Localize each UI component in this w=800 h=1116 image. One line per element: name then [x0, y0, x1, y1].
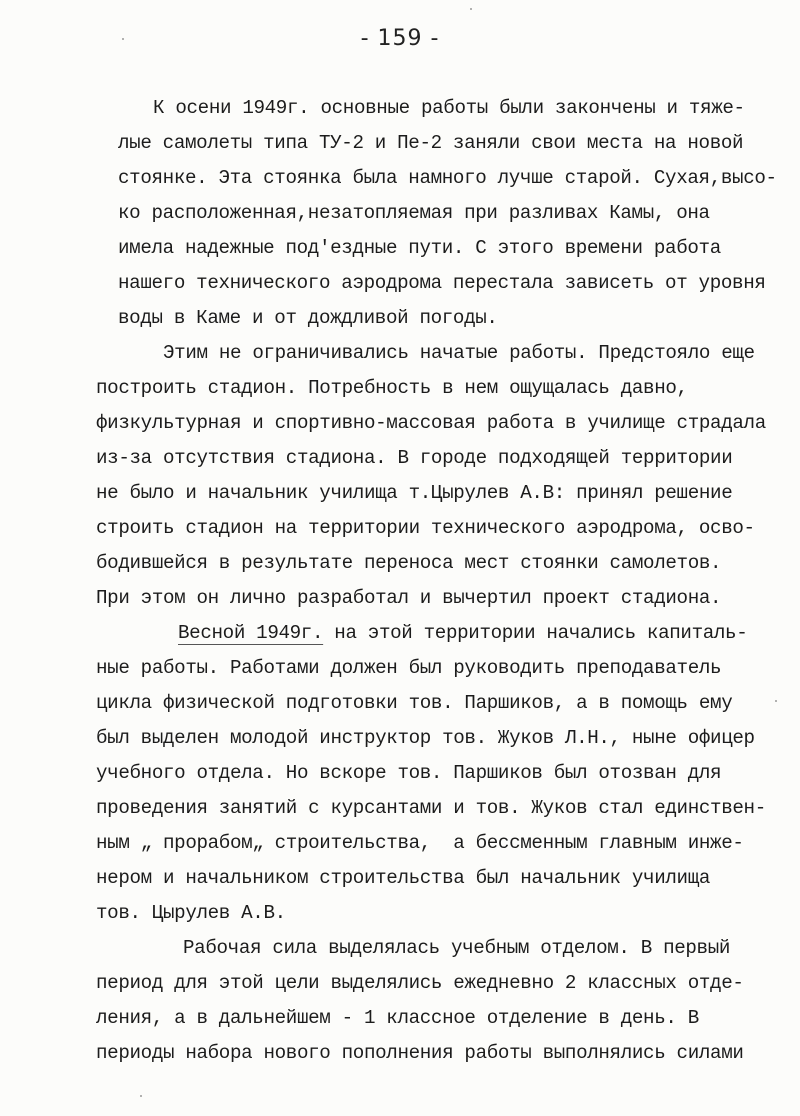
paragraph-3-line-1: Весной 1949г. на этой территории началис…: [178, 621, 747, 645]
paragraph-2-line-4: из-за отсутствия стадиона. В городе подх…: [96, 446, 732, 470]
paragraph-3-line-6: проведения занятий с курсантами и тов. Ж…: [96, 796, 766, 820]
paragraph-3-line-2: ные работы. Работами должен был руководи…: [96, 656, 721, 680]
paragraph-4-line-3: ления, а в дальнейшем - 1 классное отдел…: [96, 1006, 699, 1030]
paragraph-1-line-1: К осени 1949г. основные работы были зако…: [153, 96, 745, 120]
scan-speck: [122, 38, 124, 40]
scan-speck: [775, 700, 777, 702]
paragraph-2-line-5: не было и начальник училища т.Цырулев А.…: [96, 481, 732, 505]
underlined-date: Весной 1949г.: [178, 622, 323, 644]
paragraph-2-line-8: При этом он лично разработал и вычертил …: [96, 586, 721, 610]
paragraph-3-line-8: нером и начальником строительства был на…: [96, 866, 710, 890]
paragraph-1-line-3: стоянке. Эта стоянка была намного лучше …: [118, 166, 777, 190]
paragraph-2-line-1: Этим не ограничивались начатые работы. П…: [163, 341, 755, 365]
paragraph-2-line-6: строить стадион на территории техническо…: [96, 516, 755, 540]
paragraph-3-line-7: ным „ прорабом„ строительства, а бессмен…: [96, 831, 744, 855]
paragraph-3-line-9: тов. Цырулев А.В.: [96, 901, 286, 925]
scan-speck: [140, 1095, 142, 1097]
paragraph-3-line-4: был выделен молодой инструктор тов. Жуко…: [96, 726, 755, 750]
paragraph-2-line-3: физкультурная и спортивно-массовая работ…: [96, 411, 766, 435]
paragraph-1-line-4: ко расположенная,незатопляемая при разли…: [118, 201, 710, 225]
paragraph-2-line-7: бодившейся в результате переноса мест ст…: [96, 551, 721, 575]
page-number: - 159 -: [0, 26, 800, 51]
paragraph-1-line-5: имела надежные под'ездные пути. С этого …: [118, 236, 721, 260]
scan-speck: [470, 8, 472, 10]
paragraph-2-line-2: построить стадион. Потребность в нем ощу…: [96, 376, 688, 400]
paragraph-3-line-3: цикла физической подготовки тов. Паршико…: [96, 691, 732, 715]
paragraph-1-line-6: нашего технического аэродрома перестала …: [118, 271, 766, 295]
paragraph-1-line-2: лые самолеты типа ТУ-2 и Пе-2 заняли сво…: [118, 131, 743, 155]
paragraph-4-line-4: периоды набора нового пополнения работы …: [96, 1041, 744, 1065]
paragraph-4-line-1: Рабочая сила выделялась учебным отделом.…: [183, 936, 730, 960]
paragraph-3-line-5: учебного отдела. Но вскоре тов. Паршиков…: [96, 761, 721, 785]
paragraph-4-line-2: период для этой цели выделялись ежедневн…: [96, 971, 744, 995]
paragraph-1-line-7: воды в Каме и от дождливой погоды.: [118, 306, 498, 330]
